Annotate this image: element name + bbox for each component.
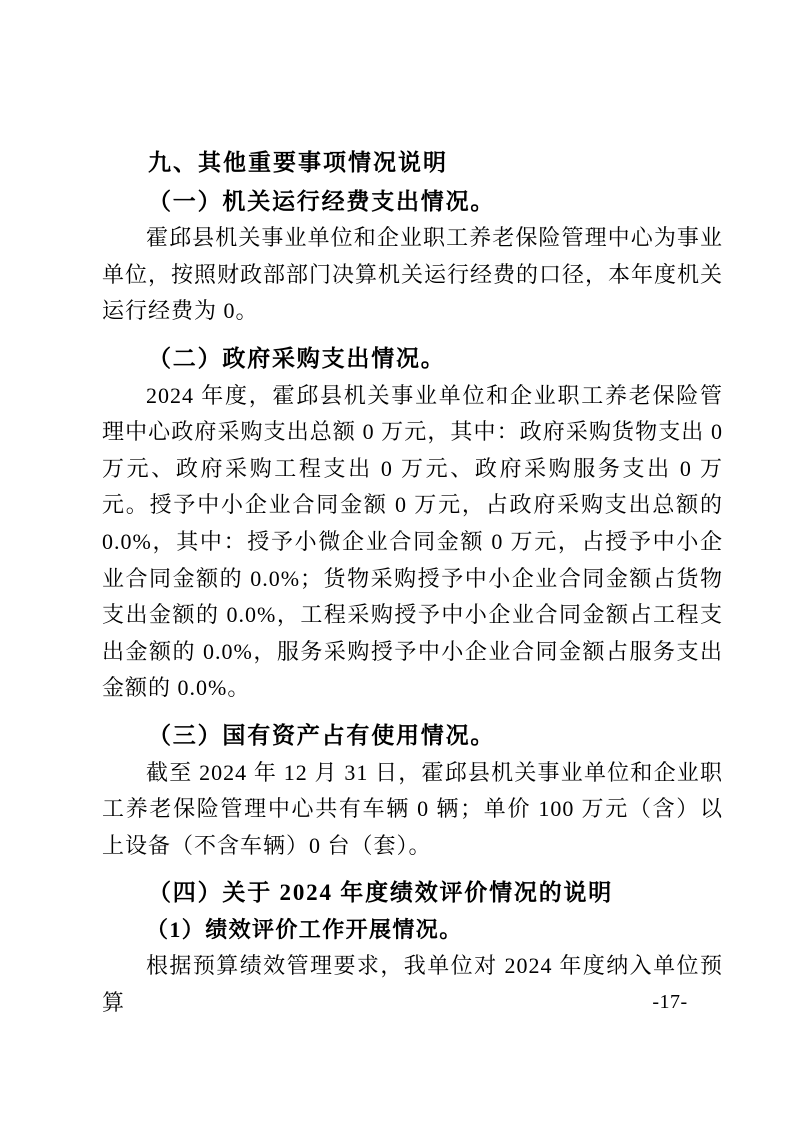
document-body: 九、其他重要事项情况说明 （一）机关运行经费支出情况。 霍邱县机关事业单位和企业… bbox=[102, 144, 723, 1022]
document-page: 九、其他重要事项情况说明 （一）机关运行经费支出情况。 霍邱县机关事业单位和企业… bbox=[0, 0, 793, 1122]
paragraph-operating-expenses: 霍邱县机关事业单位和企业职工养老保险管理中心为事业单位，按照财政部部门决算机关运… bbox=[102, 220, 723, 330]
page-number: -17- bbox=[645, 991, 695, 1014]
subheading-state-owned-assets: （三）国有资产占有使用情况。 bbox=[102, 718, 723, 755]
paragraph-procurement-details: 2024 年度，霍邱县机关事业单位和企业职工养老保险管理中心政府采购支出总额 0… bbox=[102, 378, 723, 707]
subheading-agency-operating-expenses: （一）机关运行经费支出情况。 bbox=[102, 184, 723, 221]
subheading-performance-evaluation-work: （1）绩效评价工作开展情况。 bbox=[102, 912, 723, 949]
subheading-performance-evaluation: （四）关于 2024 年度绩效评价情况的说明 bbox=[102, 875, 723, 912]
subheading-government-procurement: （二）政府采购支出情况。 bbox=[102, 341, 723, 378]
paragraph-performance-intro: 根据预算绩效管理要求，我单位对 2024 年度纳入单位预算 bbox=[102, 948, 723, 1021]
paragraph-assets-details: 截至 2024 年 12 月 31 日，霍邱县机关事业单位和企业职工养老保险管理… bbox=[102, 755, 723, 865]
heading-other-important-items: 九、其他重要事项情况说明 bbox=[102, 144, 723, 181]
